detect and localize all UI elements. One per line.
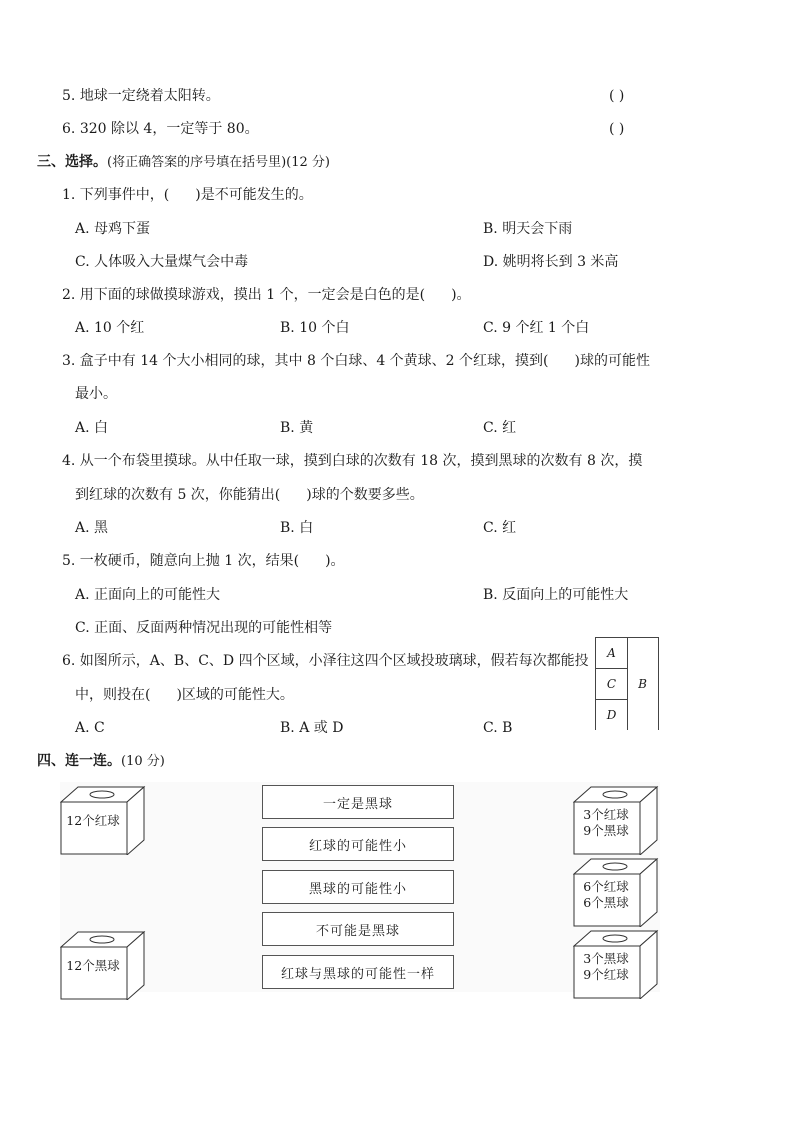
- question-4-continued: 到红球的次数有 5 次，你能猜出()球的个数要多些。: [75, 488, 424, 502]
- box-label-line: 3个红球: [575, 807, 637, 823]
- question-4: 4. 从一个布袋里摸球。从中任取一球，摸到白球的次数有 18 次，摸到黑球的次数…: [62, 454, 642, 468]
- box-label: 3个红球 9个黑球: [575, 807, 637, 839]
- question-text: )是不可能发生的。: [195, 187, 312, 203]
- ball-box-right-1[interactable]: 3个红球 9个黑球: [573, 785, 673, 855]
- region-a: A: [596, 638, 627, 669]
- question-6: 6. 如图所示，A、B、C、D 四个区域，小泽往这四个区域投玻璃球，假若每次都能…: [62, 654, 589, 668]
- section-heading: 三、选择。: [37, 154, 107, 170]
- ball-box-right-3[interactable]: 3个黑球 9个红球: [573, 929, 673, 999]
- question-text: 1. 下列事件中，(: [62, 187, 169, 203]
- statement-3[interactable]: 黑球的可能性小: [262, 870, 454, 904]
- answer-blank[interactable]: ( ): [609, 89, 624, 103]
- question-text: )区域的可能性大。: [176, 687, 293, 703]
- option-b: B. 反面向上的可能性大: [483, 588, 628, 602]
- box-label-line: 6个黑球: [575, 895, 637, 911]
- option-c: C. 9 个红 1 个白: [483, 321, 589, 335]
- option-a: A. 母鸡下蛋: [75, 222, 150, 236]
- item-text: 地球一定绕着太阳转。: [80, 88, 220, 104]
- box-label-line: 9个红球: [575, 967, 637, 983]
- question-text: )。: [451, 287, 470, 303]
- question-text: 3. 盒子中有 14 个大小相同的球，其中 8 个白球、4 个黄球、2 个红球，…: [62, 353, 549, 369]
- judgement-item-6: 6. 320 除以 4，一定等于 80。: [62, 122, 259, 136]
- region-c: C: [596, 669, 627, 700]
- ball-box-left-2[interactable]: 12个黑球: [60, 930, 160, 1000]
- question-3: 3. 盒子中有 14 个大小相同的球，其中 8 个白球、4 个黄球、2 个红球，…: [62, 354, 650, 368]
- option-c: C. 人体吸入大量煤气会中毒: [75, 255, 248, 269]
- section-4-title: 四、连一连。(10 分): [37, 754, 165, 768]
- option-c: C. 正面、反面两种情况出现的可能性相等: [75, 621, 332, 635]
- question-text: 5. 一枚硬币，随意向上抛 1 次，结果(: [62, 553, 299, 569]
- ball-box-left-1[interactable]: 12个红球: [60, 785, 160, 855]
- region-d: D: [596, 700, 627, 730]
- question-text: )。: [325, 553, 344, 569]
- statement-5[interactable]: 红球与黑球的可能性一样: [262, 955, 454, 989]
- box-label: 12个红球: [62, 813, 124, 829]
- item-number: 5.: [62, 88, 75, 104]
- option-c: C. B: [483, 721, 512, 735]
- option-b: B. A 或 D: [280, 721, 343, 735]
- question-6-continued: 中，则投在()区域的可能性大。: [75, 688, 294, 702]
- statement-1[interactable]: 一定是黑球: [262, 785, 454, 819]
- box-label: 6个红球 6个黑球: [575, 879, 637, 911]
- question-1: 1. 下列事件中，()是不可能发生的。: [62, 188, 313, 202]
- question-text: 2. 用下面的球做摸球游戏，摸出 1 个，一定会是白色的是(: [62, 287, 425, 303]
- ball-box-right-2[interactable]: 6个红球 6个黑球: [573, 857, 673, 927]
- option-d: D. 姚明将长到 3 米高: [483, 255, 618, 269]
- region-b: B: [627, 638, 658, 730]
- question-3-continued: 最小。: [75, 387, 117, 401]
- question-text: 到红球的次数有 5 次，你能猜出(: [75, 487, 280, 503]
- option-a: A. 正面向上的可能性大: [75, 588, 220, 602]
- answer-blank[interactable]: ( ): [609, 122, 624, 136]
- region-figure: A C D B: [595, 637, 659, 730]
- question-text: )球的个数要多些。: [306, 487, 423, 503]
- option-a: A. 黑: [75, 521, 108, 535]
- section-3-title: 三、选择。(将正确答案的序号填在括号里)(12 分): [37, 155, 330, 169]
- option-b: B. 黄: [280, 421, 313, 435]
- statement-4[interactable]: 不可能是黑球: [262, 912, 454, 946]
- box-label-line: 9个黑球: [575, 823, 637, 839]
- judgement-item-5: 5. 地球一定绕着太阳转。: [62, 89, 220, 103]
- box-label: 3个黑球 9个红球: [575, 951, 637, 983]
- option-b: B. 白: [280, 521, 313, 535]
- option-c: C. 红: [483, 421, 516, 435]
- option-a: A. C: [75, 721, 105, 735]
- section-heading: 四、连一连。: [37, 753, 121, 769]
- box-label: 12个黑球: [62, 958, 124, 974]
- item-number: 6.: [62, 121, 75, 137]
- question-text: 中，则投在(: [75, 687, 150, 703]
- question-2: 2. 用下面的球做摸球游戏，摸出 1 个，一定会是白色的是()。: [62, 288, 471, 302]
- item-text: 320 除以 4，一定等于 80。: [80, 121, 259, 137]
- question-text: )球的可能性: [575, 353, 650, 369]
- box-label-line: 6个红球: [575, 879, 637, 895]
- section-note: (10 分): [121, 754, 165, 769]
- option-b: B. 10 个白: [280, 321, 349, 335]
- option-b: B. 明天会下雨: [483, 222, 572, 236]
- question-5: 5. 一枚硬币，随意向上抛 1 次，结果()。: [62, 554, 345, 568]
- section-note: (将正确答案的序号填在括号里)(12 分): [107, 155, 330, 170]
- statement-2[interactable]: 红球的可能性小: [262, 827, 454, 861]
- option-c: C. 红: [483, 521, 516, 535]
- box-label-line: 3个黑球: [575, 951, 637, 967]
- region-left-column: A C D: [596, 638, 628, 730]
- option-a: A. 10 个红: [75, 321, 144, 335]
- option-a: A. 白: [75, 421, 108, 435]
